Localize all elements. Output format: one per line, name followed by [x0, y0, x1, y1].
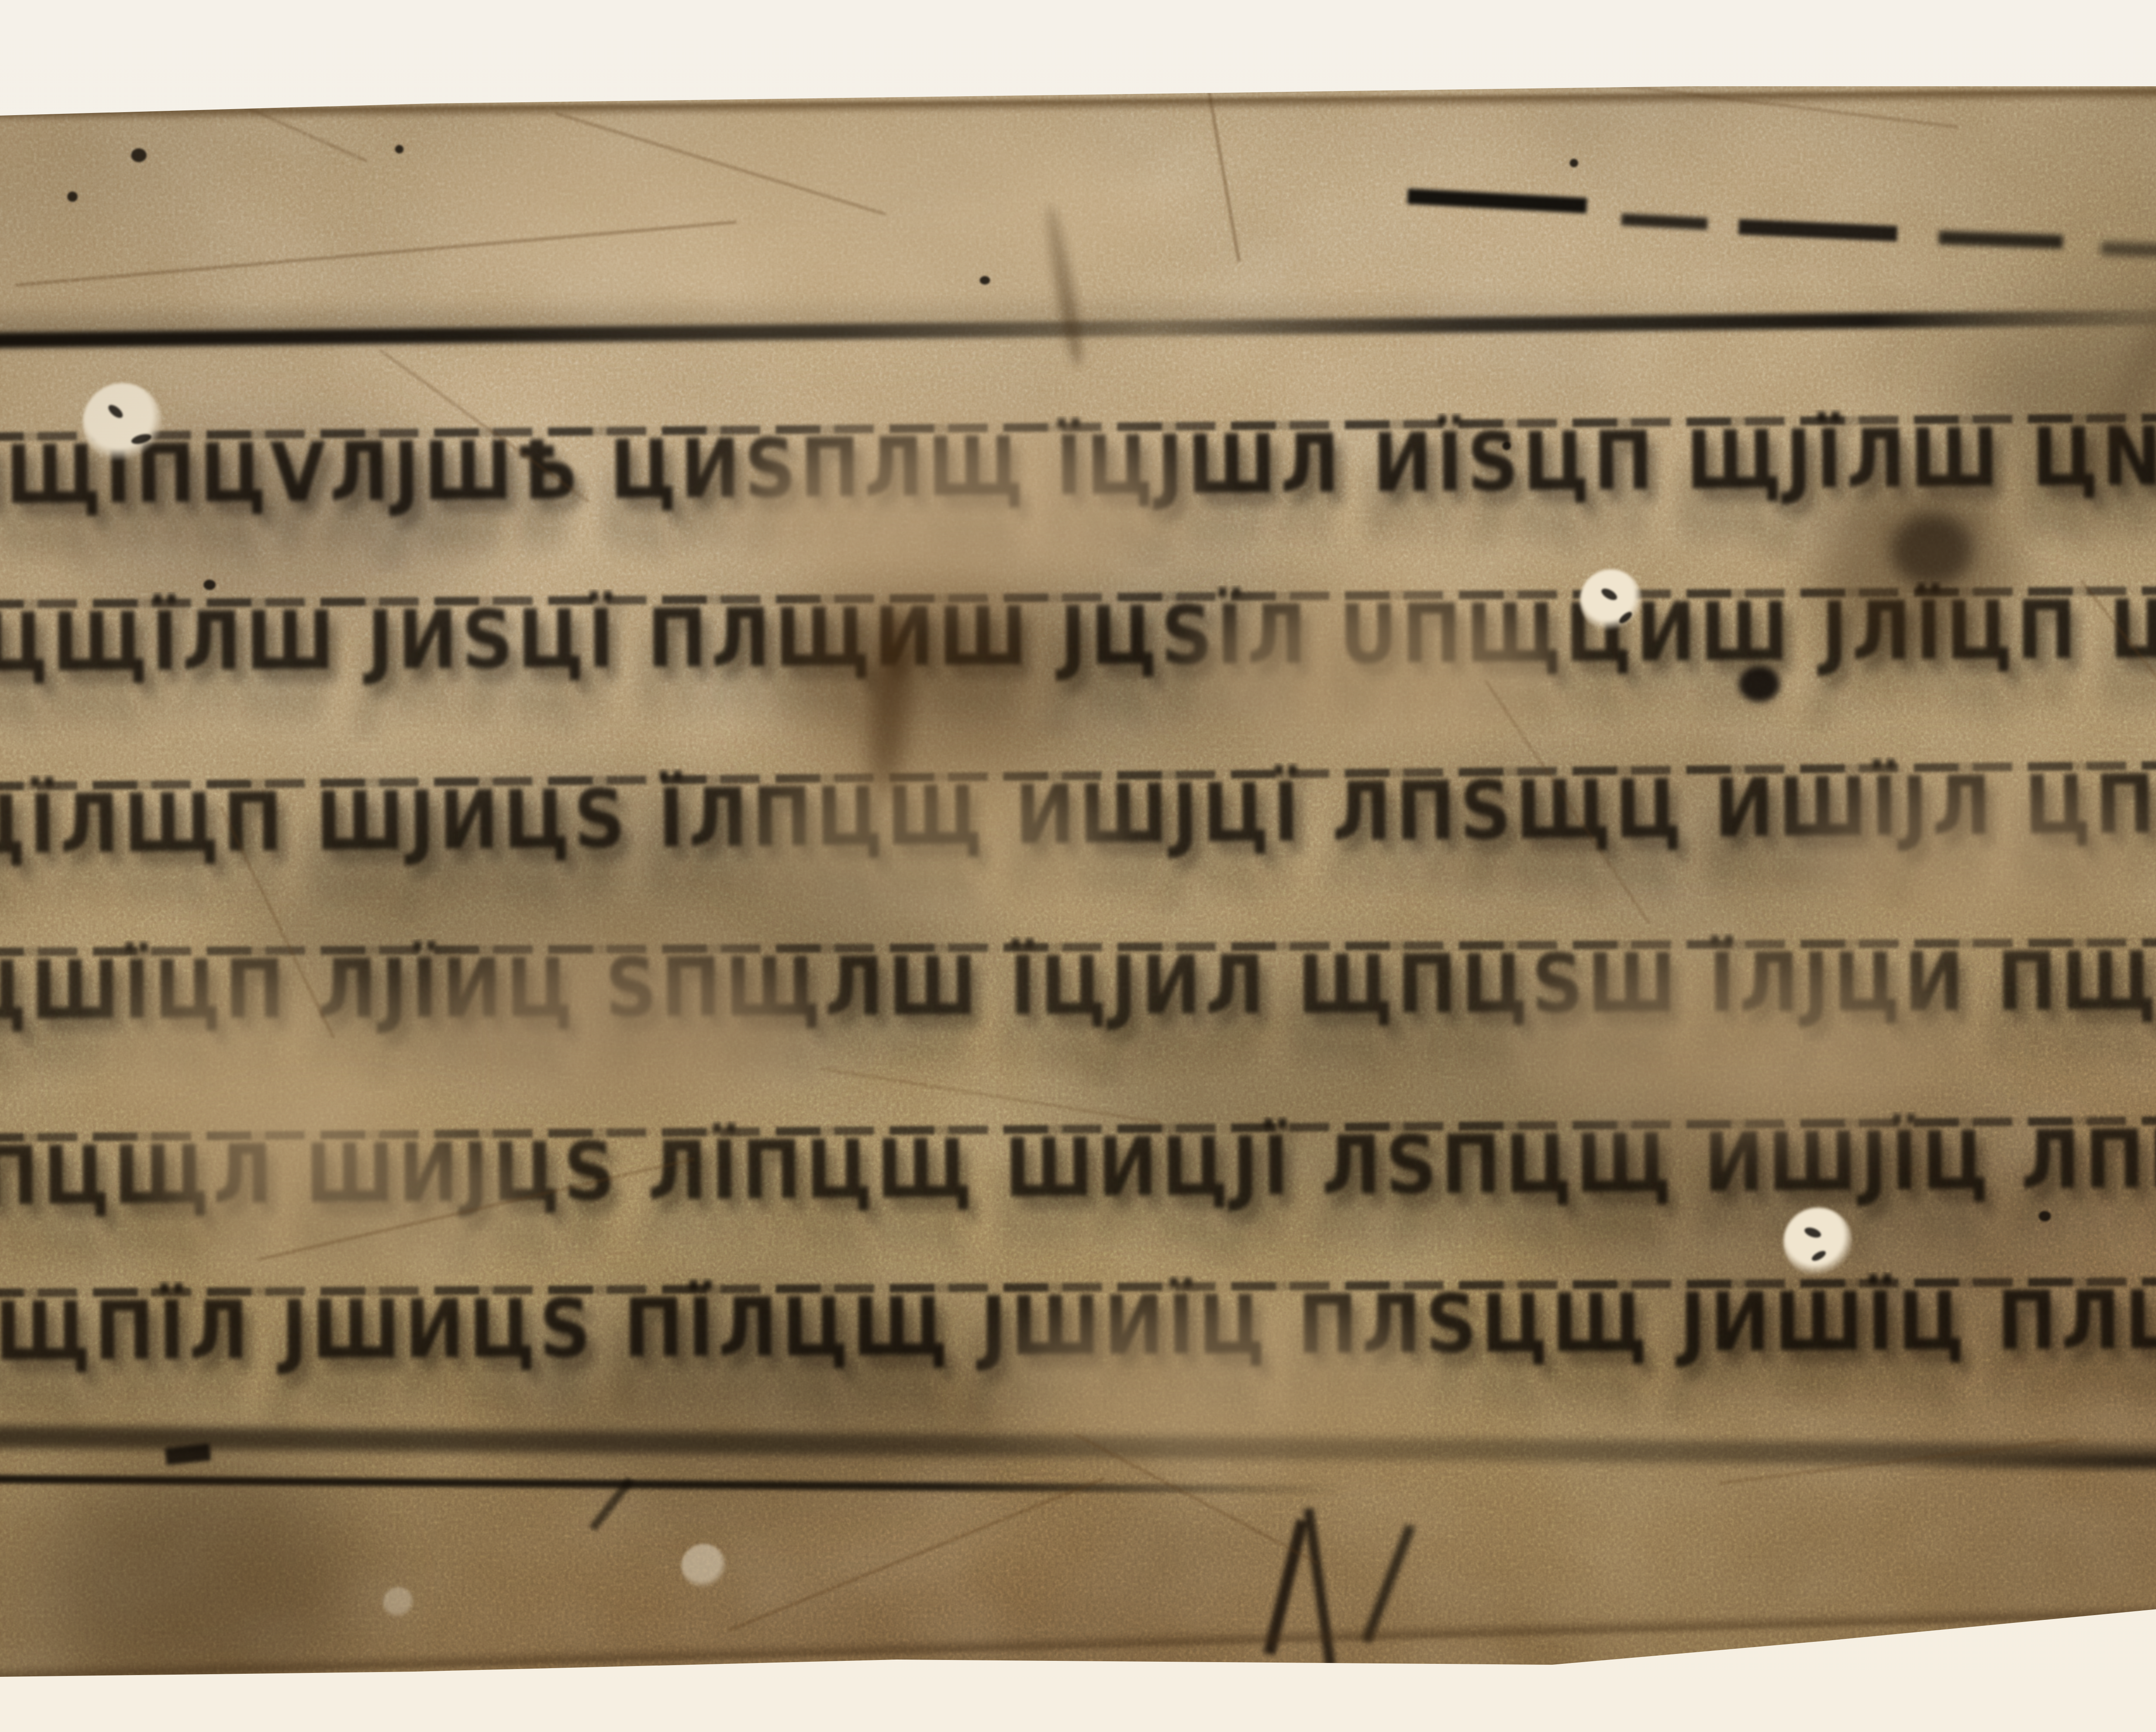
photo-vignette — [0, 0, 2156, 1732]
photo-backdrop: Brown fibrous paper leaf, cropped at lef… — [0, 0, 2156, 1732]
manuscript-leaf: ИЩЇПЦVЛЈШѢ ЦИЅПЛЩ ЇЦЈШЛ ИЇЅЦП ЩЈЇЛШ ЦNЩЇ… — [0, 0, 2156, 1732]
